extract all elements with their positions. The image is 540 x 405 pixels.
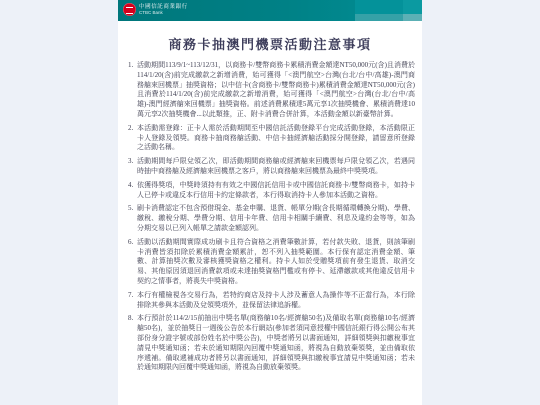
page-background: 中國信託商業銀行 CTBC Bank 商務卡抽澳門機票活動注意事項 活動期間11…	[0, 0, 540, 405]
notice-item-5: 刷卡消費認定不包含預借現金、基金申購、退貨、帳單分期(含長期循環轉換分期)、學費…	[135, 204, 415, 233]
notice-item-4: 依獲得獎項，中獎時須持有有效之中國信託信用卡或中國信託商務卡/雙幣商務卡，如持卡…	[135, 181, 415, 201]
notice-list: 活動期間113/9/1~113/12/31，以商務卡/雙幣商務卡累積消費金額達N…	[118, 61, 422, 373]
header-accent-block-end	[403, 0, 422, 21]
bank-name: 中國信託商業銀行 CTBC Bank	[139, 4, 188, 15]
bank-logo: 中國信託商業銀行 CTBC Bank	[123, 3, 188, 16]
page-title: 商務卡抽澳門機票活動注意事項	[126, 34, 414, 53]
notice-item-1: 活動期間113/9/1~113/12/31，以商務卡/雙幣商務卡累積消費金額達N…	[135, 61, 415, 120]
header-accent-strip-mid	[355, 14, 403, 21]
ctbc-logo-icon	[123, 3, 136, 16]
ctbc-logo-glyph	[126, 7, 133, 14]
notice-item-8: 本行預計於114/2/15前抽出中獎名單(商務艙10名/經濟艙50名)及備取名單…	[135, 314, 415, 373]
header-accent-strip-end	[403, 14, 422, 21]
bank-header-bar: 中國信託商業銀行 CTBC Bank	[118, 0, 422, 21]
notice-item-7: 本行有權檢視各交易行為，若特約商店及持卡人涉及蓄意人為操作等不正當行為，本行除排…	[135, 291, 415, 311]
bank-name-en: CTBC Bank	[139, 10, 188, 15]
notice-item-2: 本活動需登錄：正卡人需於活動期間至中國信託活動登錄平台完成活動登錄，本活動限正卡…	[135, 124, 415, 153]
notice-document-card: 中國信託商業銀行 CTBC Bank 商務卡抽澳門機票活動注意事項 活動期間11…	[118, 0, 422, 405]
header-accent-block-mid	[355, 0, 403, 21]
notice-item-6: 活動以活動期間實際成功刷卡且符合資格之消費筆數計算，若付款失敗、退貨，則該筆刷卡…	[135, 238, 415, 287]
notice-item-3: 活動期間每戶限兌領乙次，即活動期間商務艙或經濟艙來回機票每戶限兌領乙次，若遇同時…	[135, 157, 415, 177]
